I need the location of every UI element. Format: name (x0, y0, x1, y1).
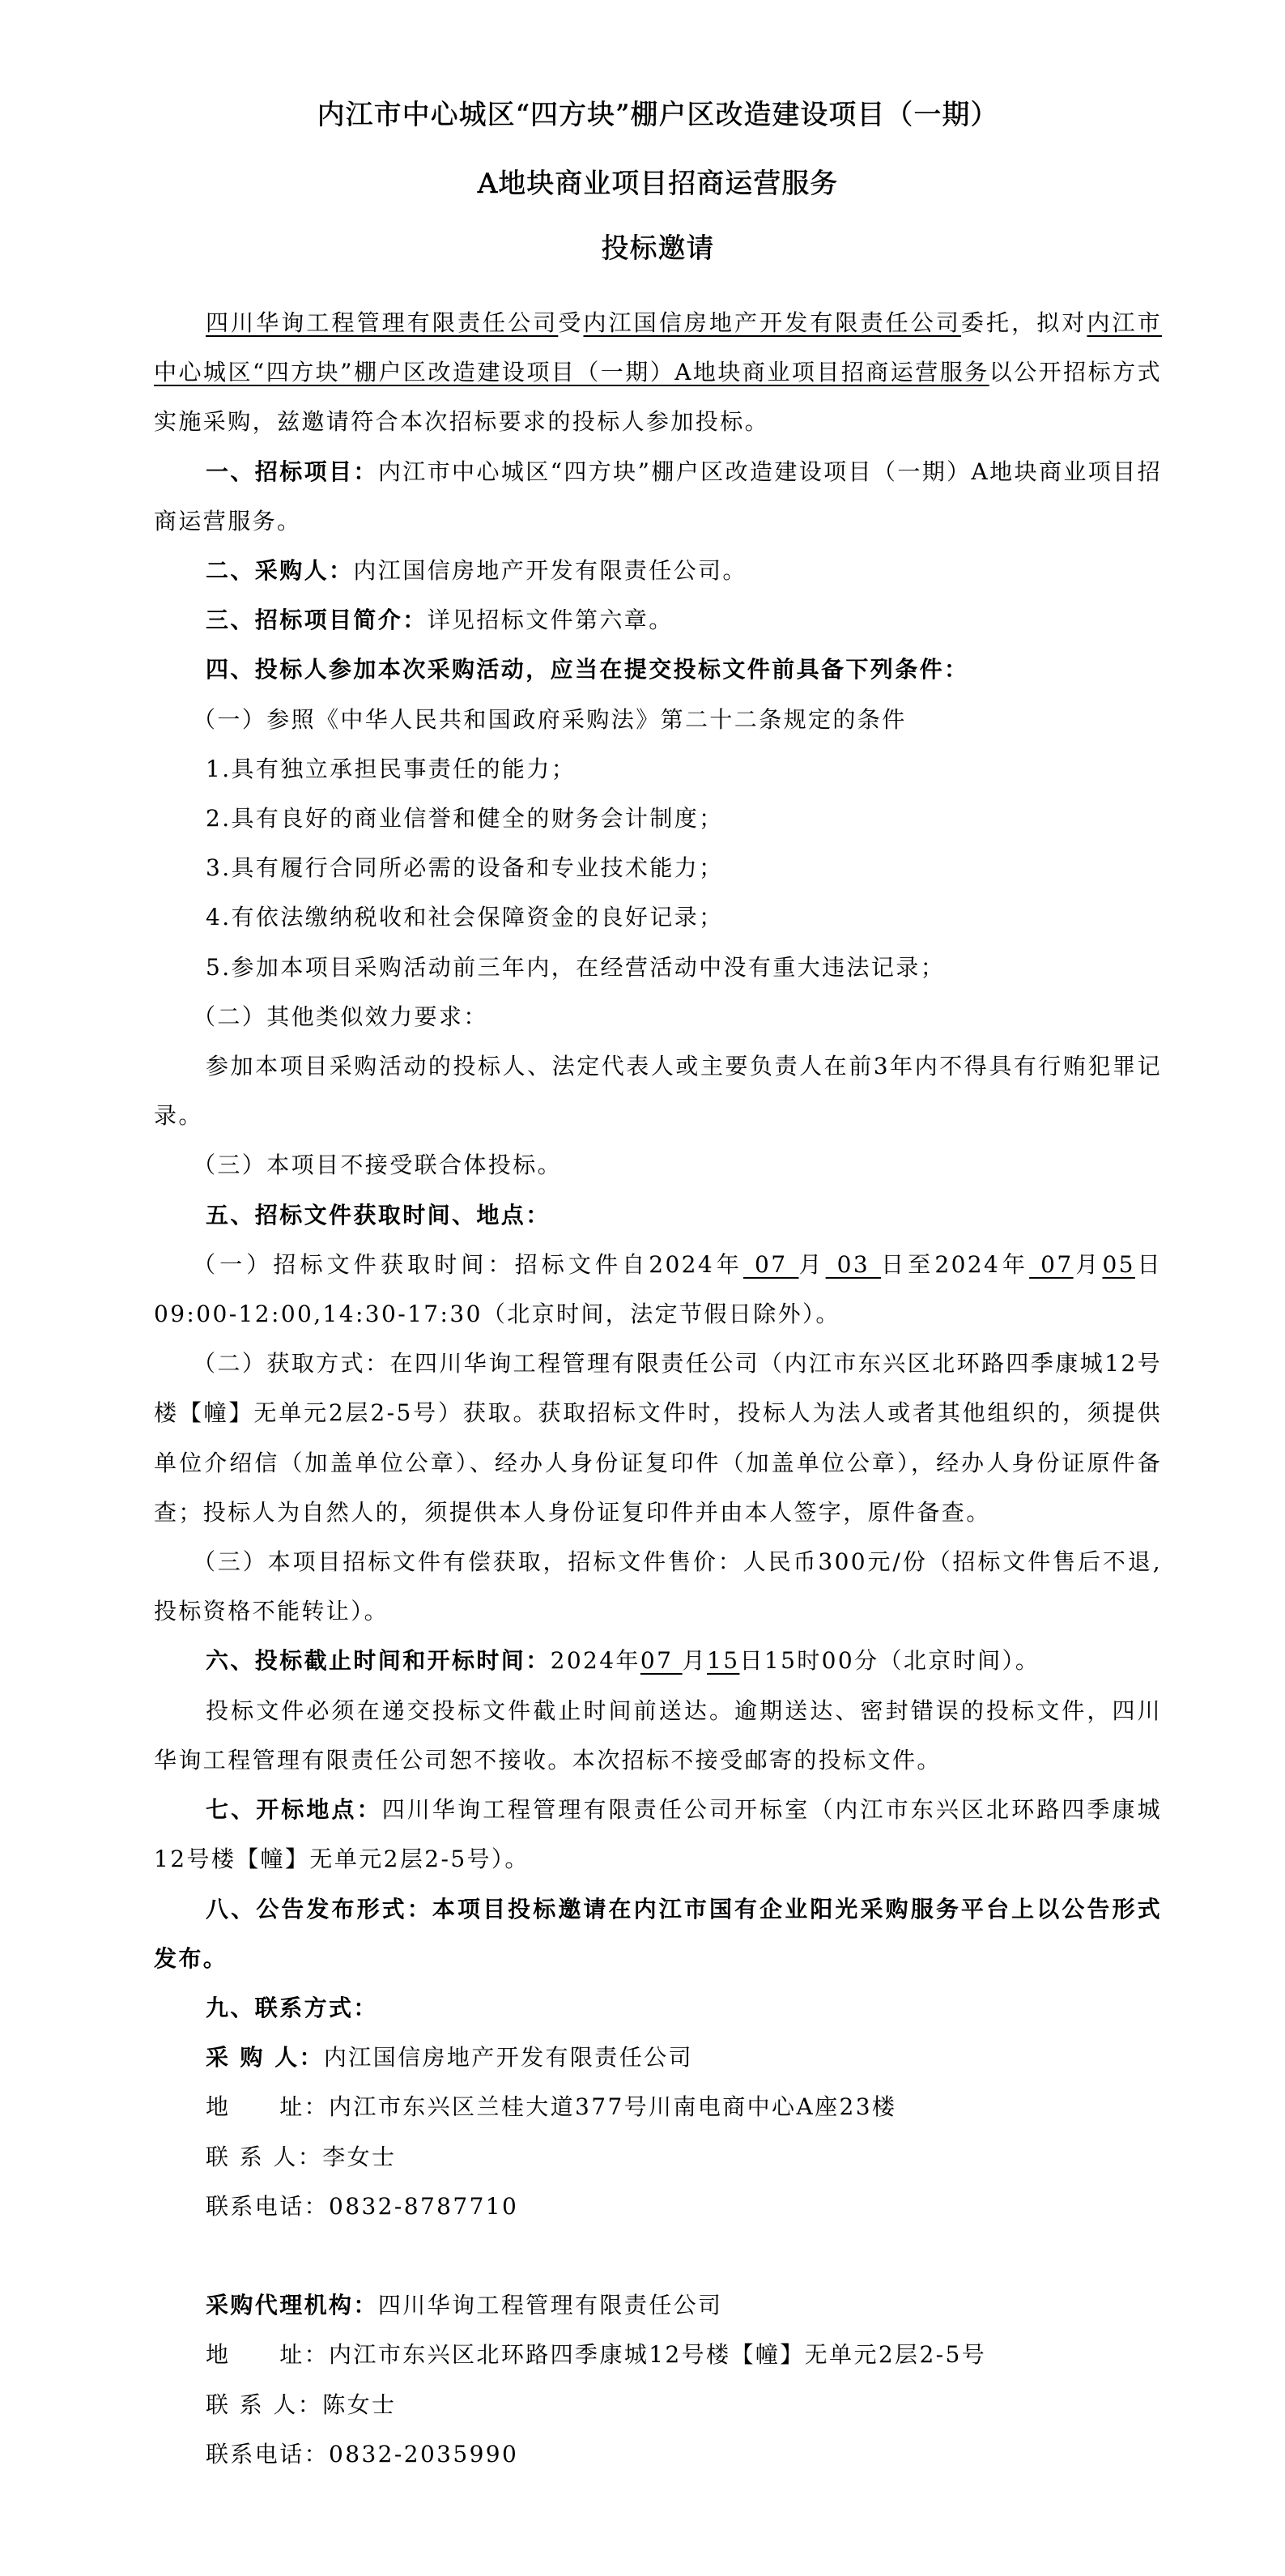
purchaser-address-label: 地 址： (206, 2093, 329, 2120)
deadline-month: 07 (640, 1647, 683, 1674)
agency-contact-phone: 联系电话：0832-2035990 (154, 2429, 1162, 2479)
section-5-time: （一）招标文件获取时间：招标文件自2024年 07 月 03 日至2024年 0… (154, 1240, 1162, 1339)
section-3: 三、招标项目简介：详见招标文件第六章。 (154, 595, 1162, 645)
agency-contact-address: 地 址：内江市东兴区北环路四季康城12号楼【幢】无单元2层2-5号 (154, 2330, 1162, 2379)
section-8-label: 八、公告发布形式： (206, 1896, 432, 1922)
doc-title-line1: 内江市中心城区“四方块”棚户区改造建设项目（一期） (154, 99, 1162, 131)
document-body: 四川华询工程管理有限责任公司受内江国信房地产开发有限责任公司委托，拟对内江市中心… (154, 298, 1162, 2479)
section-7-label: 七、开标地点： (206, 1796, 382, 1823)
section-2: 二、采购人：内江国信房地产开发有限责任公司。 (154, 546, 1162, 595)
agency-address-label: 地 址： (206, 2341, 329, 2368)
purchaser-contact-person: 联 系 人：李女士 (154, 2132, 1162, 2182)
agency-name-label: 采购代理机构： (206, 2292, 378, 2318)
end-day: 05 (1102, 1251, 1134, 1278)
purchaser-person-label: 联 系 人： (206, 2144, 322, 2170)
section-3-label: 三、招标项目简介： (206, 607, 428, 633)
section-4-heading: 四、投标人参加本次采购活动，应当在提交投标文件前具备下列条件： (154, 645, 1162, 694)
section-9-heading: 九、联系方式： (154, 1983, 1162, 2033)
section-1-label: 一、招标项目： (206, 458, 378, 485)
section-4-sub2: （二）其他类似效力要求： (154, 992, 1162, 1041)
section-5-heading: 五、招标文件获取时间、地点： (154, 1190, 1162, 1240)
section-6-note: 投标文件必须在递交投标文件截止时间前送达。逾期送达、密封错误的投标文件，四川华询… (154, 1686, 1162, 1785)
blank-line (154, 2231, 1162, 2280)
section-4-sub1: （一）参照《中华人民共和国政府采购法》第二十二条规定的条件 (154, 695, 1162, 744)
requirement-item: 5.参加本项目采购活动前三年内，在经营活动中没有重大违法记录； (154, 943, 1162, 992)
start-month: 07 (743, 1251, 799, 1278)
deadline-day: 15 (707, 1647, 739, 1674)
purchaser-contact-name: 采 购 人：内江国信房地产开发有限责任公司 (154, 2033, 1162, 2082)
intro-paragraph: 四川华询工程管理有限责任公司受内江国信房地产开发有限责任公司委托，拟对内江市中心… (154, 298, 1162, 447)
section-7: 七、开标地点：四川华询工程管理有限责任公司开标室（内江市东兴区北环路四季康城12… (154, 1785, 1162, 1884)
section-6: 六、投标截止时间和开标时间：2024年07 月15日15时00分（北京时间）。 (154, 1636, 1162, 1685)
section-6-label: 六、投标截止时间和开标时间： (206, 1647, 551, 1674)
start-day: 03 (826, 1251, 882, 1278)
purchaser-contact-address: 地 址：内江市东兴区兰桂大道377号川南电商中心A座23楼 (154, 2082, 1162, 2131)
requirement-item: 2.具有良好的商业信誉和健全的财务会计制度； (154, 794, 1162, 843)
section-4-sub2-text: 参加本项目采购活动的投标人、法定代表人或主要负责人在前3年内不得具有行贿犯罪记录… (154, 1041, 1162, 1140)
purchaser-phone-label: 联系电话： (206, 2193, 329, 2220)
requirement-item: 4.有依法缴纳税收和社会保障资金的良好记录； (154, 892, 1162, 942)
purchaser-name-label: 采 购 人： (206, 2044, 324, 2071)
doc-title-line2: A地块商业项目招商运营服务 (154, 168, 1162, 200)
section-4-sub3: （三）本项目不接受联合体投标。 (154, 1140, 1162, 1190)
agency-person-label: 联 系 人： (206, 2391, 322, 2418)
requirement-item: 3.具有履行合同所必需的设备和专业技术能力； (154, 843, 1162, 892)
section-5-price: （三）本项目招标文件有偿获取，招标文件售价：人民币300元/份（招标文件售后不退… (154, 1537, 1162, 1636)
end-month: 07 (1029, 1251, 1073, 1278)
agent-name: 四川华询工程管理有限责任公司 (206, 309, 558, 336)
section-2-label: 二、采购人： (206, 557, 353, 584)
agency-phone-label: 联系电话： (206, 2441, 329, 2467)
requirement-item: 1.具有独立承担民事责任的能力； (154, 744, 1162, 794)
section-8: 八、公告发布形式：本项目投标邀请在内江市国有企业阳光采购服务平台上以公告形式发布… (154, 1884, 1162, 1983)
doc-title-line3: 投标邀请 (154, 232, 1162, 265)
purchaser-contact-phone: 联系电话：0832-8787710 (154, 2182, 1162, 2231)
section-5-method: （二）获取方式：在四川华询工程管理有限责任公司（内江市东兴区北环路四季康城12号… (154, 1339, 1162, 1537)
agency-contact-person: 联 系 人：陈女士 (154, 2380, 1162, 2429)
agency-contact-name: 采购代理机构：四川华询工程管理有限责任公司 (154, 2280, 1162, 2330)
section-1: 一、招标项目：内江市中心城区“四方块”棚户区改造建设项目（一期）A地块商业项目招… (154, 447, 1162, 546)
purchaser-name: 内江国信房地产开发有限责任公司 (583, 309, 960, 336)
